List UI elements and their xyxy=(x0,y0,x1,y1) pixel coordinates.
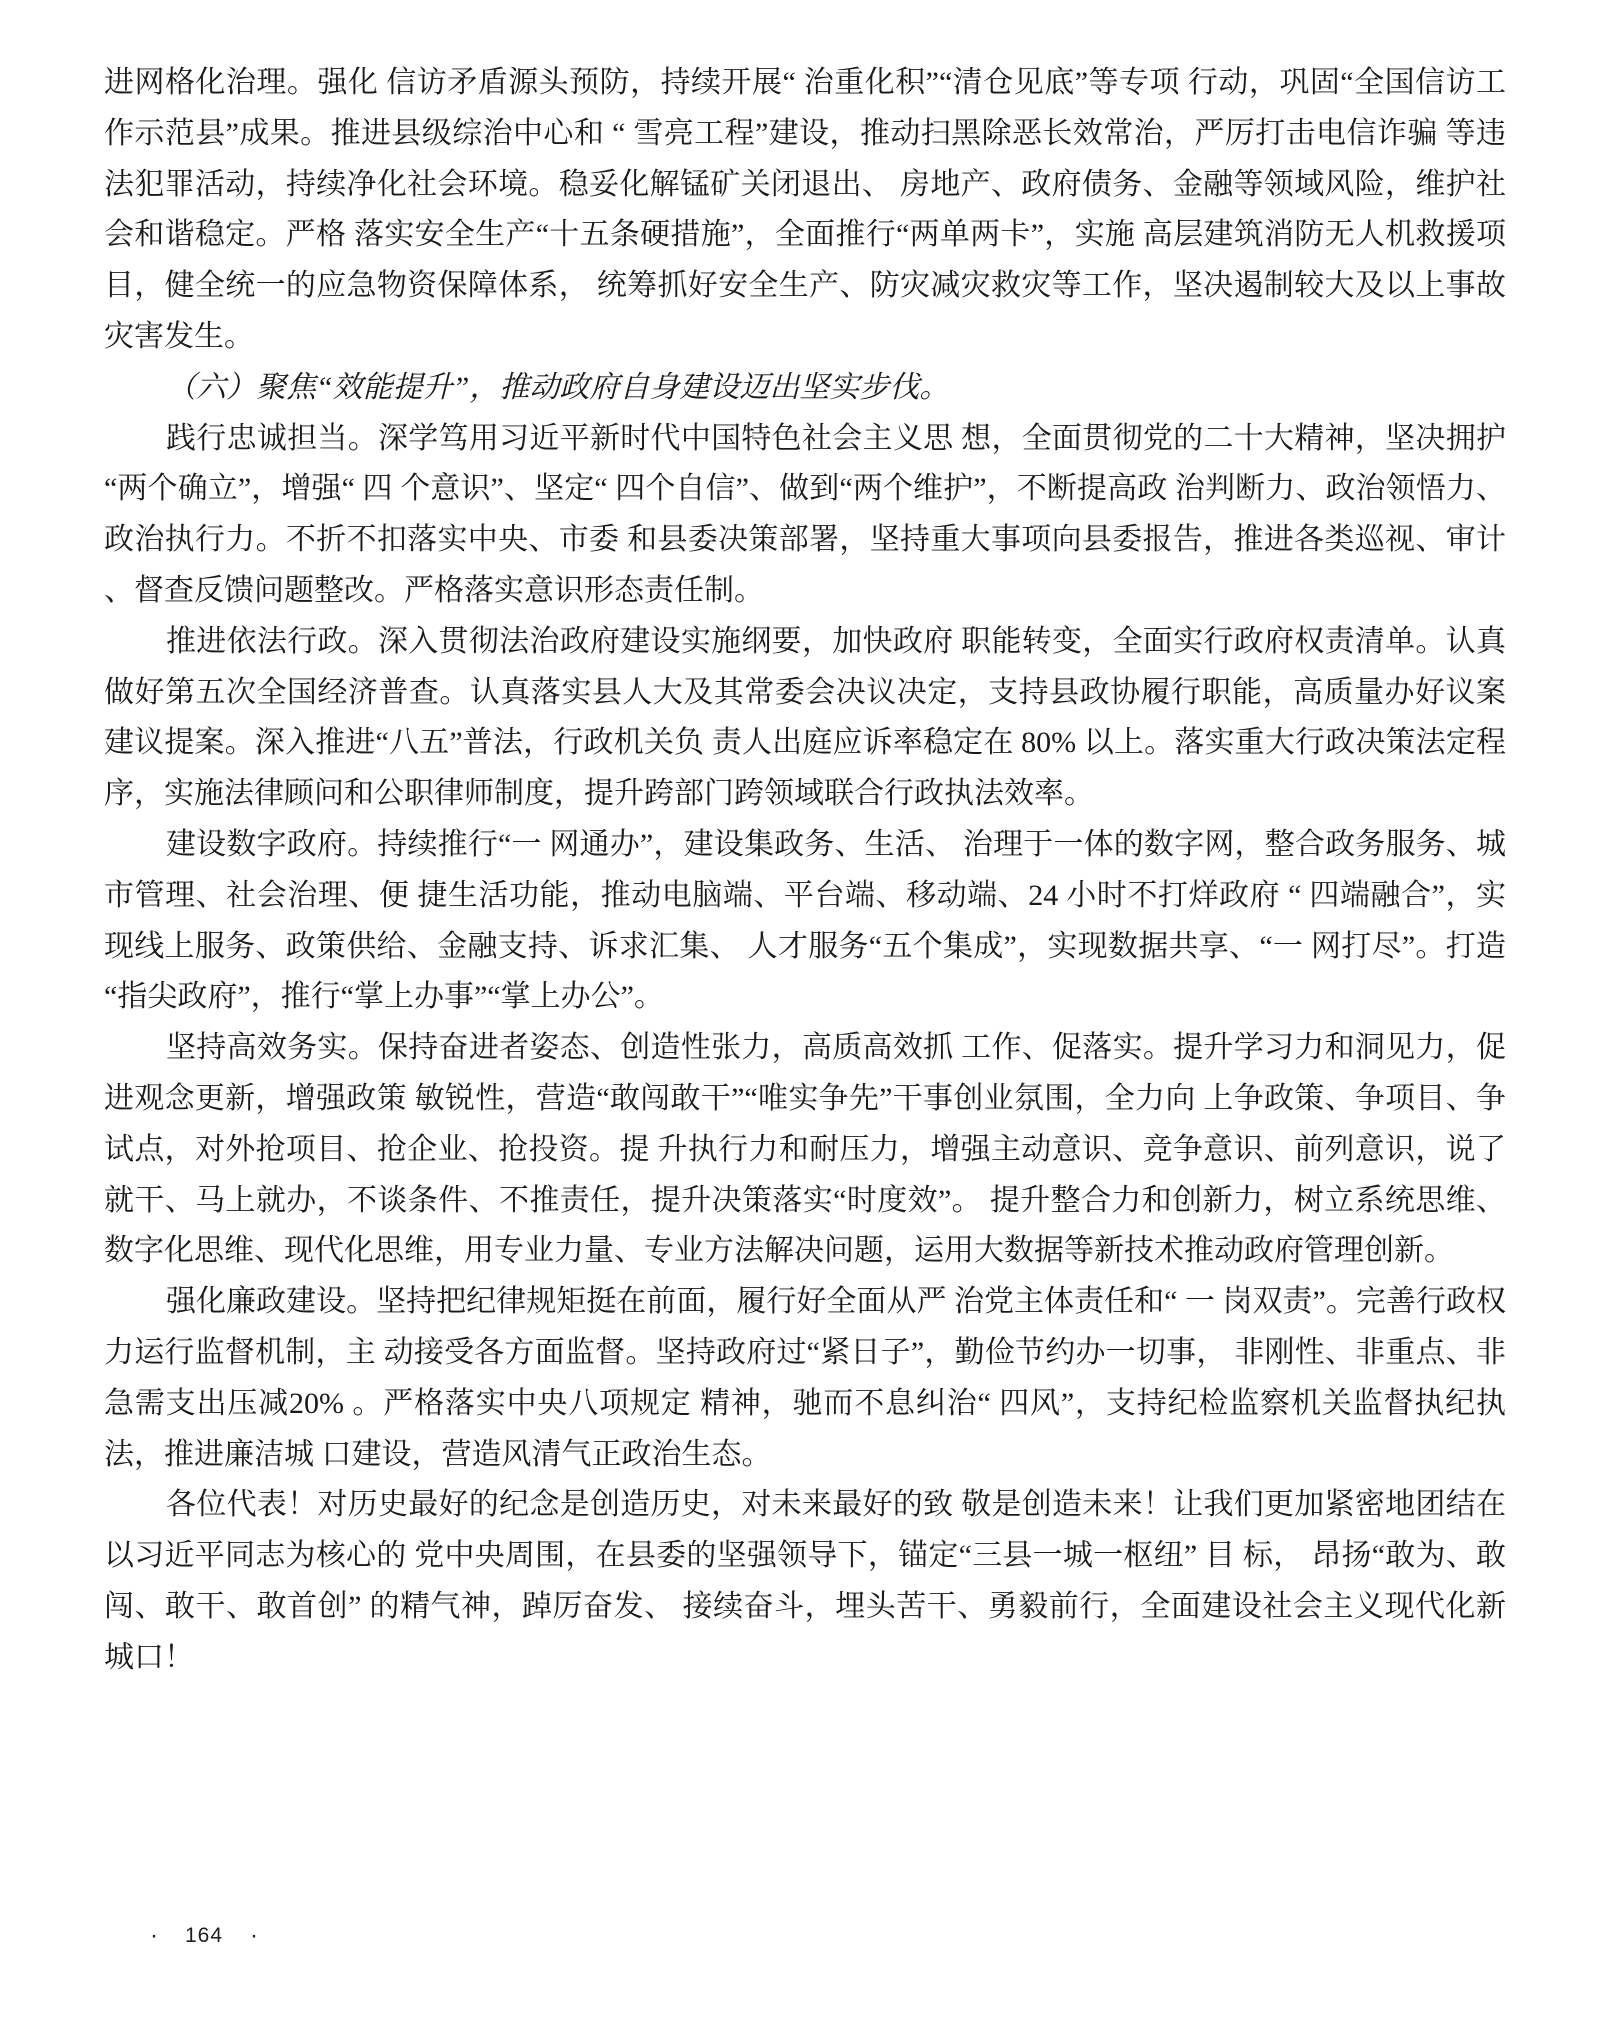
paragraph-loyalty-commitment: 践行忠诚担当。深学笃用习近平新时代中国特色社会主义思 想，全面贯彻党的二十大精神… xyxy=(104,414,1506,617)
document-page: 进网格化治理。强化 信访矛盾源头预防，持续开展“ 治重化积”“清仓见底”等专项 … xyxy=(0,0,1610,2035)
paragraph-social-governance-continuation: 进网格化治理。强化 信访矛盾源头预防，持续开展“ 治重化积”“清仓见底”等专项 … xyxy=(104,58,1506,363)
paragraph-efficiency-pragmatism: 坚持高效务实。保持奋进者姿态、创造性张力，高质高效抓 工作、促落实。提升学习力和… xyxy=(104,1023,1506,1277)
paragraph-clean-government: 强化廉政建设。坚持把纪律规矩挺在前面，履行好全面从严 治党主体责任和“ 一 岗双… xyxy=(104,1277,1506,1480)
paragraph-closing-address: 各位代表！对历史最好的纪念是创造历史，对未来最好的致 敬是创造未来！让我们更加紧… xyxy=(104,1480,1506,1683)
report-text-block: 进网格化治理。强化 信访矛盾源头预防，持续开展“ 治重化积”“清仓见底”等专项 … xyxy=(104,58,1506,1684)
page-footer: · 164 · xyxy=(150,1924,258,1948)
footer-right-dot: · xyxy=(250,1924,258,1948)
paragraph-law-based-administration: 推进依法行政。深入贯彻法治政府建设实施纲要，加快政府 职能转变，全面实行政府权责… xyxy=(104,617,1506,820)
footer-left-dot: · xyxy=(150,1924,158,1948)
section-heading-six-efficiency: （六）聚焦“效能提升”，推动政府自身建设迈出坚实步伐。 xyxy=(104,363,1506,414)
page-number: 164 xyxy=(185,1924,223,1948)
paragraph-digital-government: 建设数字政府。持续推行“一 网通办”，建设集政务、生活、 治理于一体的数字网，整… xyxy=(104,820,1506,1023)
